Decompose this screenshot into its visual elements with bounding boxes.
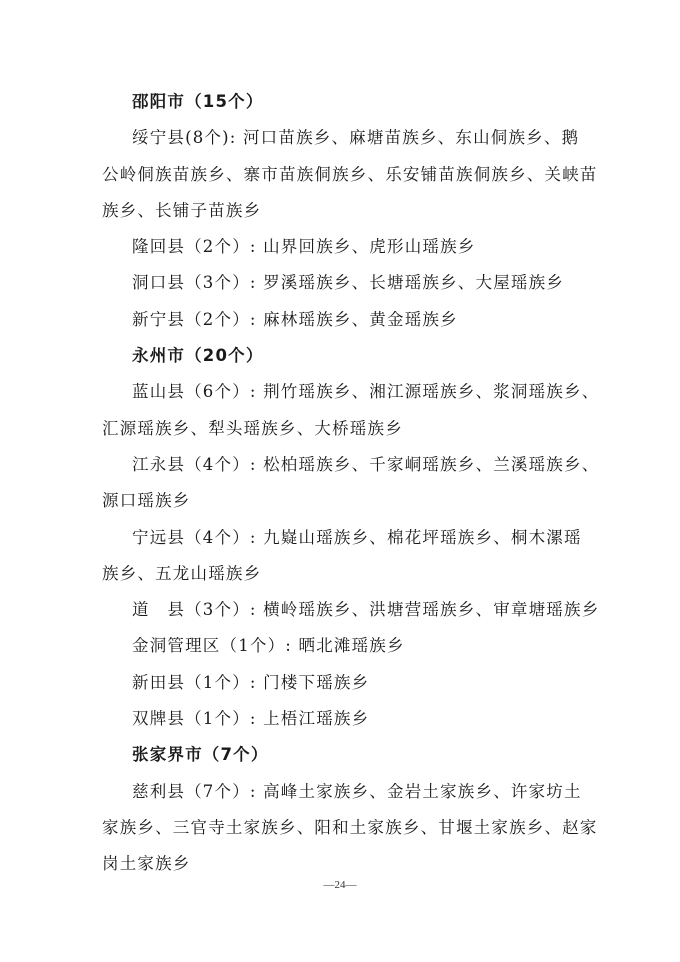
text-line: 新宁县（2个）: 麻林瑶族乡、黄金瑶族乡 xyxy=(102,302,588,338)
text-line: 宁远县（4个）: 九嶷山瑶族乡、棉花坪瑶族乡、桐木漯瑶 xyxy=(102,520,588,556)
section-heading-shaoyang: 邵阳市（15个） xyxy=(102,84,588,120)
text-line: 隆回县（2个）: 山界回族乡、虎形山瑶族乡 xyxy=(102,229,588,265)
text-line: 新田县（1个）: 门楼下瑶族乡 xyxy=(102,665,588,701)
text-line: 道 县（3个）: 横岭瑶族乡、洪塘营瑶族乡、审章塘瑶族乡 xyxy=(102,592,588,628)
text-line: 族乡、长铺子苗族乡 xyxy=(102,193,588,229)
text-line: 家族乡、三官寺土家族乡、阳和土家族乡、甘堰土家族乡、赵家 xyxy=(102,810,588,846)
text-line: 绥宁县(8个): 河口苗族乡、麻塘苗族乡、东山侗族乡、鹅 xyxy=(102,120,588,156)
page-number: —24— xyxy=(0,879,680,891)
text-line: 洞口县（3个）: 罗溪瑶族乡、长塘瑶族乡、大屋瑶族乡 xyxy=(102,265,588,301)
text-line: 双牌县（1个）: 上梧江瑶族乡 xyxy=(102,701,588,737)
text-line: 江永县（4个）: 松柏瑶族乡、千家峒瑶族乡、兰溪瑶族乡、 xyxy=(102,447,588,483)
text-line: 蓝山县（6个）: 荆竹瑶族乡、湘江源瑶族乡、浆洞瑶族乡、 xyxy=(102,374,588,410)
text-line: 族乡、五龙山瑶族乡 xyxy=(102,556,588,592)
section-heading-yongzhou: 永州市（20个） xyxy=(102,338,588,374)
text-line: 金洞管理区（1个）: 晒北滩瑶族乡 xyxy=(102,628,588,664)
text-line: 公岭侗族苗族乡、寨市苗族侗族乡、乐安铺苗族侗族乡、关峡苗 xyxy=(102,157,588,193)
document-page: 邵阳市（15个） 绥宁县(8个): 河口苗族乡、麻塘苗族乡、东山侗族乡、鹅 公岭… xyxy=(102,84,588,883)
section-heading-zhangjiajie: 张家界市（7个） xyxy=(102,737,588,773)
text-line: 岗土家族乡 xyxy=(102,846,588,882)
text-line: 源口瑶族乡 xyxy=(102,483,588,519)
text-line: 慈利县（7个）: 高峰土家族乡、金岩土家族乡、许家坊土 xyxy=(102,774,588,810)
text-line: 汇源瑶族乡、犁头瑶族乡、大桥瑶族乡 xyxy=(102,411,588,447)
